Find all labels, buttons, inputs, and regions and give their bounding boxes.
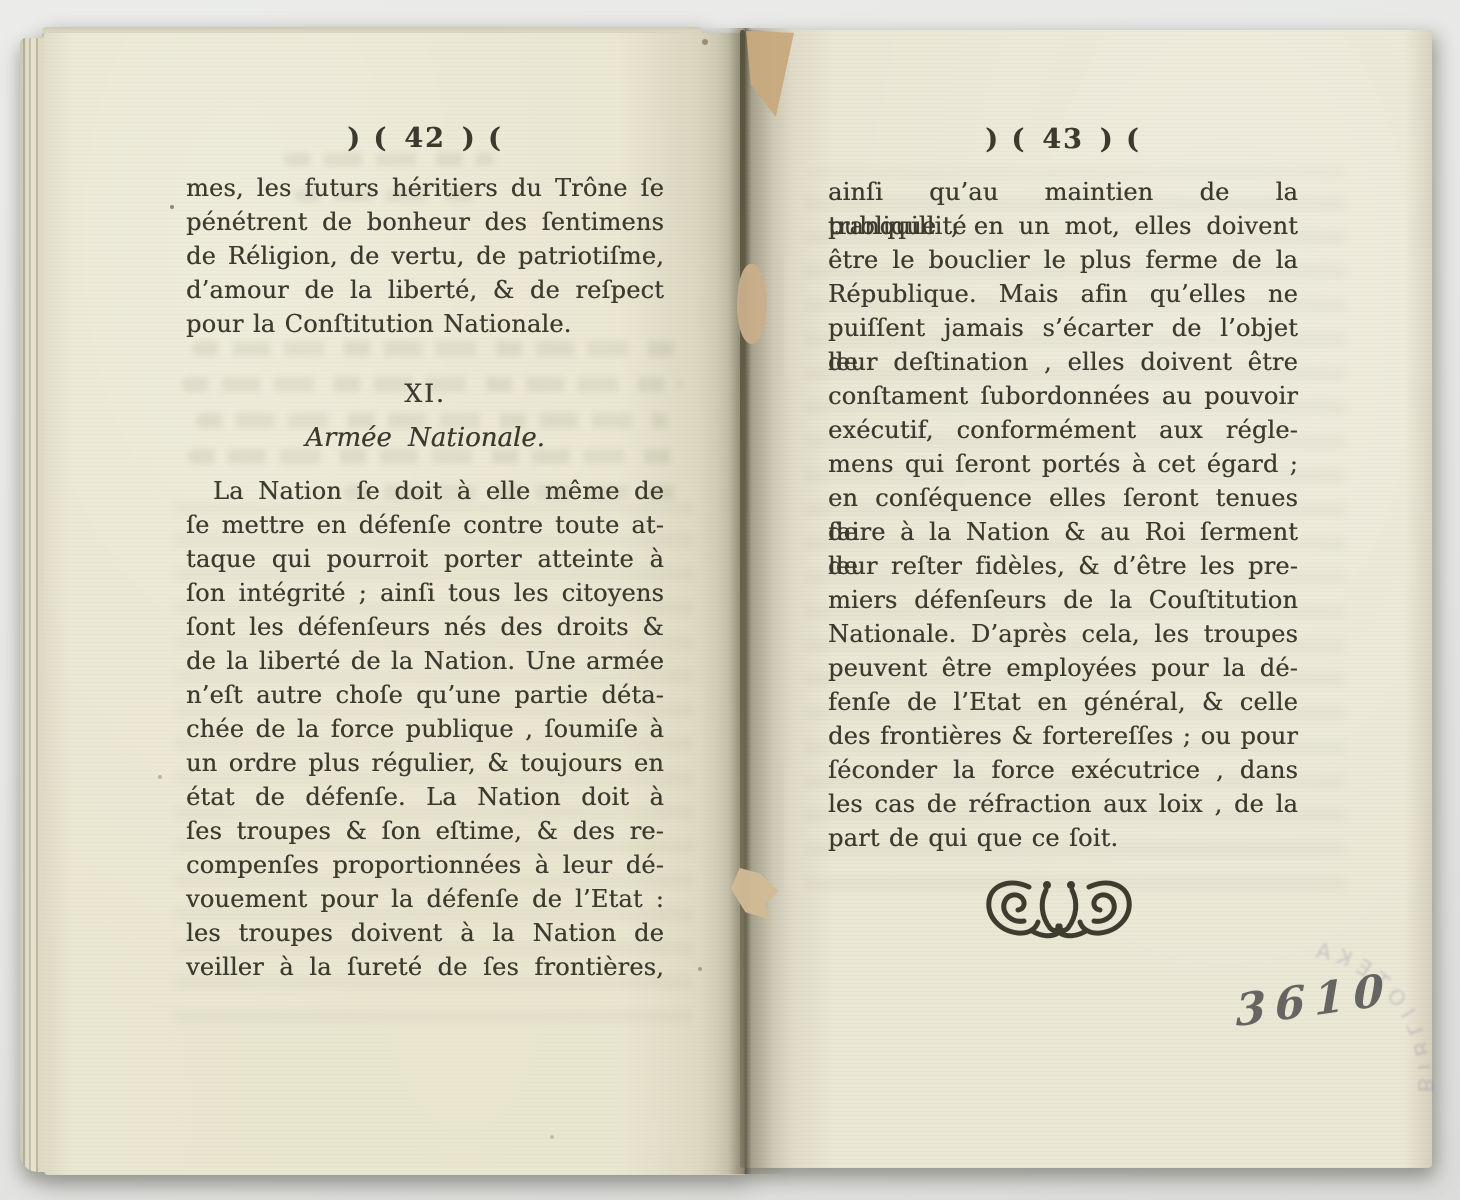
text-line: puiſſent jamais s’écarter de l’objet de xyxy=(828,311,1298,345)
paragraph: ainſi qu’au maintien de la tranquillitép… xyxy=(828,175,1298,855)
text-line: chée de la force publique , ſoumiſe à xyxy=(186,712,664,746)
text-line: vouement pour la défenſe de l’Etat : xyxy=(186,882,664,916)
text-line: République. Mais afin qu’elles ne xyxy=(828,277,1298,311)
paragraph: La Nation ſe doit à elle même deſe mettr… xyxy=(186,474,664,984)
text-line: des frontières & fortereſſes ; ou pour xyxy=(828,719,1298,753)
text-line: ſe mettre en défenſe contre toute at- xyxy=(186,508,664,542)
text-line: en conſéquence elles ſeront tenues de xyxy=(828,481,1298,515)
text-line: publique ; en un mot, elles doivent xyxy=(828,209,1298,243)
right-page: ) (43) ( ainſi qu’au maintien de la tran… xyxy=(745,30,1432,1168)
bleedthrough-ghost xyxy=(192,341,677,356)
page-header: ) (42) ( xyxy=(186,123,664,154)
folio-mark-left: ) ( xyxy=(347,123,388,154)
text-line: ſont les défenſeurs nés des droits & xyxy=(186,610,664,644)
section-title-heading: Armée Nationale. xyxy=(186,423,664,453)
text-line: être le bouclier le plus ferme de la xyxy=(828,243,1298,277)
text-line: veiller à la ſureté de ſes frontières, xyxy=(186,950,664,984)
text-line: part de qui que ce ſoit. xyxy=(828,821,1298,855)
text-line: d’amour de la liberté, & de reſpect xyxy=(186,273,664,307)
text-line: mens qui ſeront portés à cet égard ; xyxy=(828,447,1298,481)
folio-mark-right: ) ( xyxy=(462,123,503,154)
folio-mark-right: ) ( xyxy=(1100,124,1141,155)
book: ) (42) ( mes, les futurs héritiers du Tr… xyxy=(0,0,1460,1200)
scanned-book-spread: ) (42) ( mes, les futurs héritiers du Tr… xyxy=(0,0,1460,1200)
text-line: Nationale. D’après cela, les troupes xyxy=(828,617,1298,651)
section-number-heading: XI. xyxy=(186,379,664,408)
text-line: taque qui pourroit porter atteinte à xyxy=(186,542,664,576)
page-number: 43 xyxy=(1042,124,1084,155)
fleuron-ornament-icon xyxy=(983,876,1135,940)
gutter-fold-line xyxy=(740,30,745,1168)
text-line: leur deſtination , elles doivent être xyxy=(828,345,1298,379)
text-line: peuvent être employées pour la dé- xyxy=(828,651,1298,685)
text-line: ſéconder la force exécutrice , dans xyxy=(828,753,1298,787)
text-line: pénétrent de bonheur des ſentimens xyxy=(186,205,664,239)
text-line: fenſe de l’Etat en général, & celle xyxy=(828,685,1298,719)
text-line: pour la Conſtitution Nationale. xyxy=(186,307,664,341)
text-line: n’eſt autre choſe qu’une partie déta- xyxy=(186,678,664,712)
text-line: de la liberté de la Nation. Une armée xyxy=(186,644,664,678)
text-line: faire à la Nation & au Roi ſerment de xyxy=(828,515,1298,549)
left-page: ) (42) ( mes, les futurs héritiers du Tr… xyxy=(44,33,745,1175)
text-line: un ordre plus régulier, & toujours en xyxy=(186,746,664,780)
text-line: les troupes doivent à la Nation de xyxy=(186,916,664,950)
text-line: compenſes proportionnées à leur dé- xyxy=(186,848,664,882)
folio-mark-left: ) ( xyxy=(985,124,1026,155)
text-line: état de défenſe. La Nation doit à xyxy=(186,780,664,814)
text-line: conſtament ſubordonnées au pouvoir xyxy=(828,379,1298,413)
text-line: ainſi qu’au maintien de la tranquillité xyxy=(828,175,1298,209)
page-number: 42 xyxy=(404,123,446,154)
text-line: les cas de réfraction aux loix , de la xyxy=(828,787,1298,821)
text-line: La Nation ſe doit à elle même de xyxy=(186,474,664,508)
page-header: ) (43) ( xyxy=(828,124,1298,155)
text-line: ſon intégrité ; ainſi tous les citoyens xyxy=(186,576,664,610)
bleedthrough-ghost xyxy=(284,153,494,166)
text-line: ſes troupes & ſon eſtime, & des re- xyxy=(186,814,664,848)
foxing-speck xyxy=(170,205,174,209)
text-line: miers défenſeurs de la Couſtitution xyxy=(828,583,1298,617)
text-line: leur reſter fidèles, & d’être les pre- xyxy=(828,549,1298,583)
text-line: mes, les futurs héritiers du Trône ſe xyxy=(186,171,664,205)
paragraph: mes, les futurs héritiers du Trône ſepén… xyxy=(186,171,664,341)
text-line: exécutif, conformément aux régle- xyxy=(828,413,1298,447)
text-line: de Réligion, de vertu, de patriotiſme, xyxy=(186,239,664,273)
